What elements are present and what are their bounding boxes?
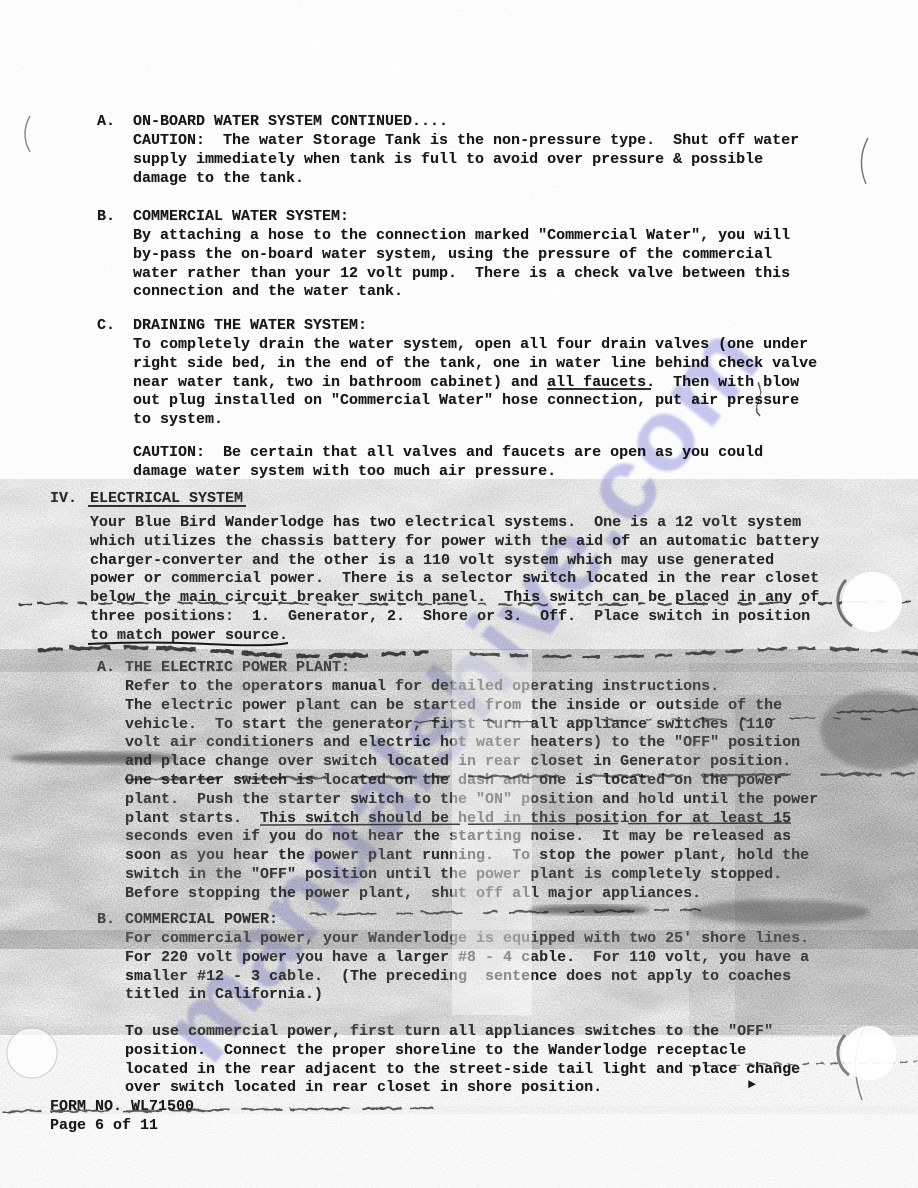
section-a-power-title: THE ELECTRIC POWER PLANT: <box>125 659 350 678</box>
footer-form-number: FORM NO. WL71500 <box>50 1098 194 1117</box>
page-curl-mark-left <box>25 116 30 152</box>
page-curl-mark-right <box>861 138 868 184</box>
section-a-power-label: A. <box>97 659 115 678</box>
section-b-power-body2: To use commercial power, first turn all … <box>125 1023 800 1098</box>
section-c-drain-label: C. <box>97 317 115 336</box>
section-b-power-label: B. <box>97 911 115 930</box>
section-b-water-body: By attaching a hose to the connection ma… <box>133 227 790 302</box>
section-iv-title: ELECTRICAL SYSTEM <box>90 490 243 509</box>
section-b-power-body: For commercial power, your Wanderlodge i… <box>125 930 809 1005</box>
section-c-drain-title: DRAINING THE WATER SYSTEM: <box>133 317 367 336</box>
footer-page-indicator: Page 6 of 11 <box>50 1117 158 1136</box>
section-c-drain-body: To completely drain the water system, op… <box>133 336 817 430</box>
page-curl-mark-bottom-right <box>855 1028 864 1100</box>
section-a-water-label: A. <box>97 113 115 132</box>
section-a-water-body: CAUTION: The water Storage Tank is the n… <box>133 132 799 188</box>
pointer-arrow-icon: ► <box>748 1076 756 1095</box>
section-iv-label: IV. <box>50 490 77 509</box>
scanned-manual-page: A. ON-BOARD WATER SYSTEM CONTINUED.... C… <box>0 0 918 1188</box>
section-b-power-title: COMMERCIAL POWER: <box>125 911 278 930</box>
section-b-water-title: COMMERCIAL WATER SYSTEM: <box>133 208 349 227</box>
section-b-water-label: B. <box>97 208 115 227</box>
section-a-power-body: Refer to the operators manual for detail… <box>125 678 818 904</box>
section-c-drain-caution: CAUTION: Be certain that all valves and … <box>133 444 763 482</box>
section-a-water-title: ON-BOARD WATER SYSTEM CONTINUED.... <box>133 113 448 132</box>
section-iv-body: Your Blue Bird Wanderlodge has two elect… <box>90 514 819 646</box>
